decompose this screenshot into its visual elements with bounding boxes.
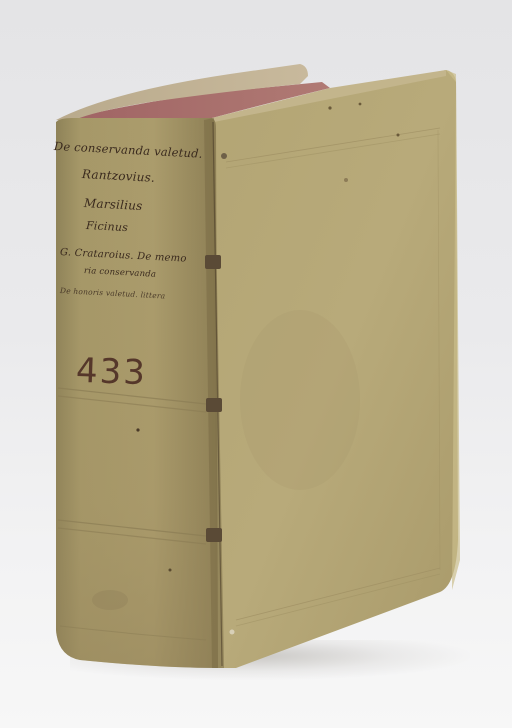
- nail-head-bottom: [230, 630, 235, 635]
- shelfmark-number: 433: [75, 351, 147, 393]
- spine-title-line-4: Ficinus: [86, 219, 129, 234]
- nail-head: [221, 153, 227, 159]
- tie-remnant-2: [206, 398, 222, 412]
- photo-scene: De conservanda valetud. Rantzovius. Mars…: [0, 0, 512, 728]
- tie-remnant-3: [206, 528, 222, 542]
- tie-remnant-1: [205, 255, 221, 269]
- spine-title-line-3: Marsilius: [84, 196, 143, 213]
